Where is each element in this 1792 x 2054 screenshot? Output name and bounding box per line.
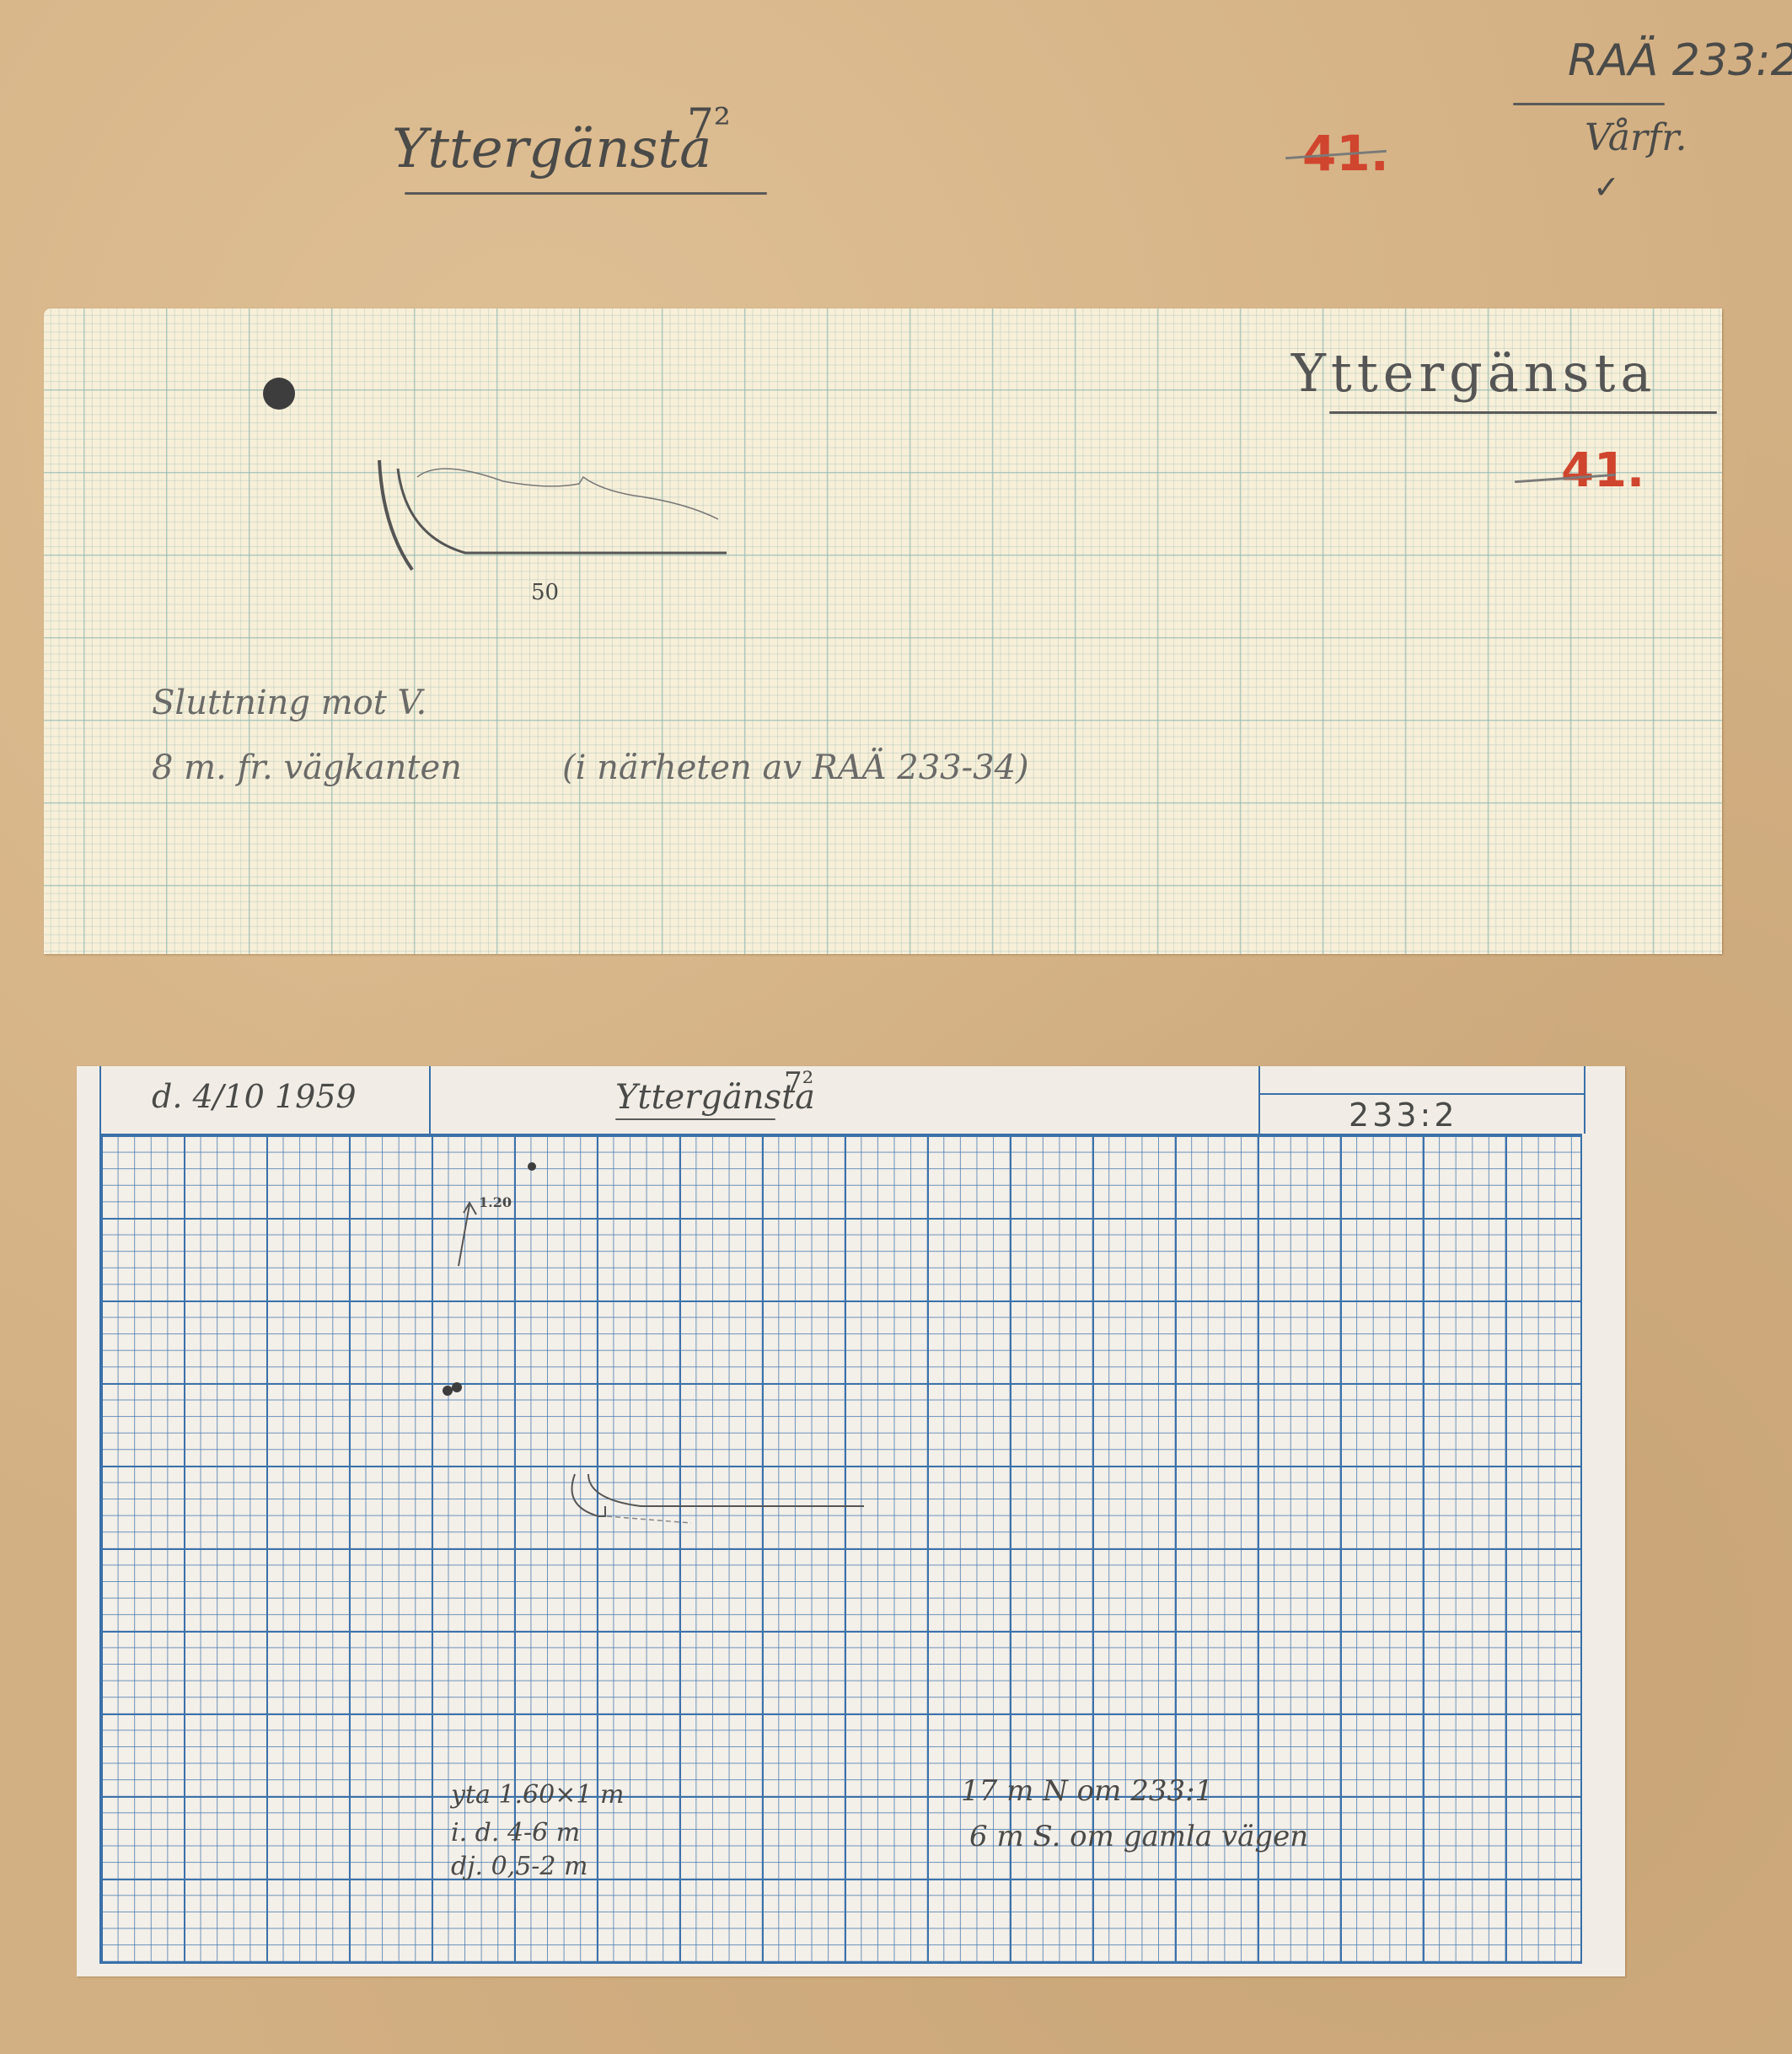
mount-reference-underline: [1513, 103, 1665, 105]
note-left-1: yta 1.60×1 m: [451, 1780, 624, 1810]
direction-arrow: [101, 1135, 1584, 1966]
card-top-note-2: 8 m. fr. vägkanten: [152, 748, 462, 787]
card-top-note-1: Sluttning mot V.: [152, 684, 427, 722]
note-right-1: 17 m N om 233:1: [961, 1774, 1213, 1808]
mount-reference: RAÄ 233:2: [1568, 35, 1792, 86]
note-left-3: dj. 0,5-2 m: [451, 1852, 588, 1881]
mount-subtitle: Vårfr.: [1585, 116, 1687, 159]
top-graph-card: Yttergänsta 41. 50 Sluttning mot V. 8 m.…: [44, 308, 1722, 954]
header-number: 233:2: [1349, 1097, 1458, 1134]
sketch-scale-label: 50: [531, 580, 559, 605]
header-title-suffix: 7²: [784, 1066, 813, 1100]
bottom-graph-card: d. 4/10 1959 Yttergänsta 7² 233:2 1.20 y…: [77, 1066, 1625, 1976]
note-left-2: i. d. 4-6 m: [451, 1818, 580, 1848]
mount-title: Yttergänsta: [392, 118, 711, 180]
mount-title-underline: [405, 192, 767, 195]
card-bottom-header: d. 4/10 1959 Yttergänsta 7² 233:2: [99, 1066, 1585, 1134]
mount-title-suffix: 7²: [687, 99, 731, 148]
header-title-underline: [615, 1118, 775, 1120]
note-right-2: 6 m S. om gamla vägen: [969, 1820, 1308, 1853]
header-subdivider: [1258, 1093, 1584, 1095]
card-bottom-grid: 1.20 yta 1.60×1 m i. d. 4-6 m dj. 0,5-2 …: [99, 1134, 1582, 1964]
boat-sketch: [44, 308, 1722, 954]
header-divider: [429, 1066, 431, 1134]
card-top-note-3: (i närheten av RAÄ 233-34): [562, 748, 1029, 787]
mount-checkmark: ✓: [1593, 169, 1620, 206]
header-divider: [1258, 1066, 1260, 1134]
arrow-label: 1.20: [479, 1194, 512, 1210]
header-date: d. 4/10 1959: [152, 1078, 357, 1115]
